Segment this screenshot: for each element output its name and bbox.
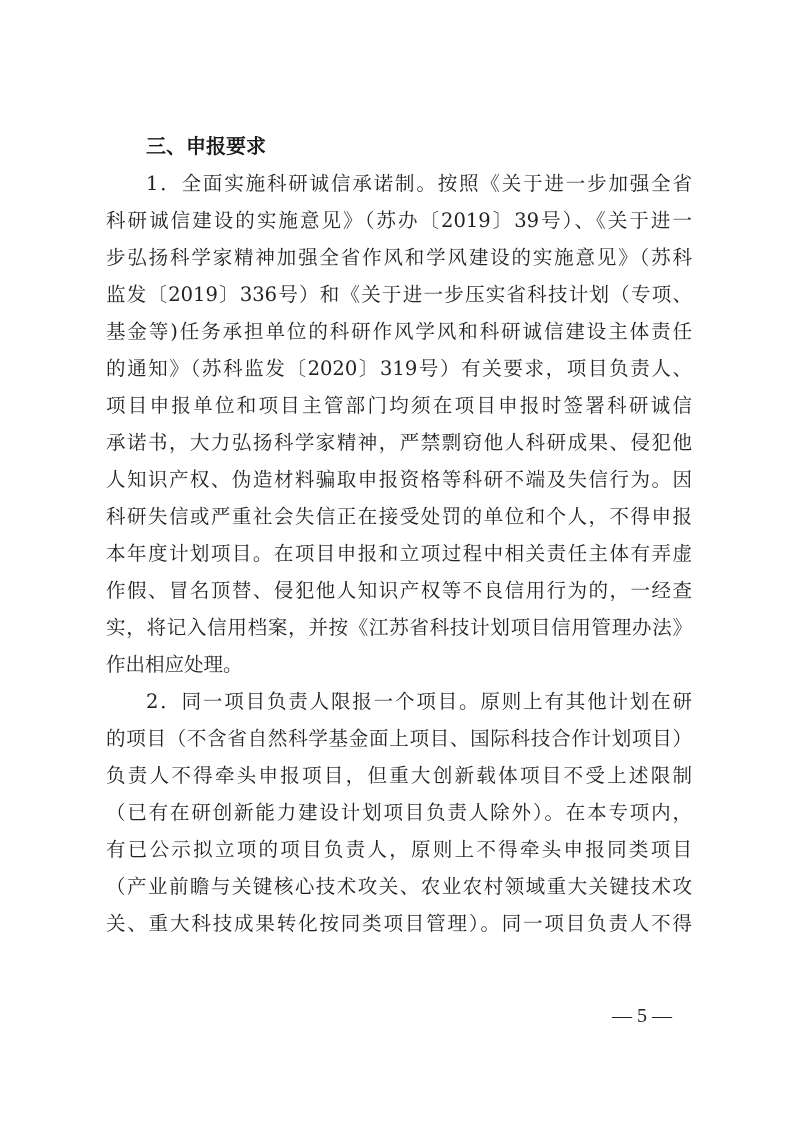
text-line: 承诺书，大力弘扬科学家精神，严禁剽窃他人科研成果、侵犯他 bbox=[106, 424, 692, 461]
text-line: 科研失信或严重社会失信正在接受处罚的单位和个人，不得申报 bbox=[106, 498, 692, 535]
text-line: 负责人不得牵头申报项目，但重大创新载体项目不受上述限制 bbox=[106, 757, 692, 794]
text-line: 2．同一项目负责人限报一个项目。原则上有其他计划在研 bbox=[106, 683, 692, 720]
text-line: 1．全面实施科研诚信承诺制。按照《关于进一步加强全省 bbox=[106, 165, 692, 202]
text-line: 科研诚信建设的实施意见》（苏办〔2019〕39号）、《关于进一 bbox=[106, 202, 692, 239]
text-line: 项目申报单位和项目主管部门均须在项目申报时签署科研诚信 bbox=[106, 387, 692, 424]
text-line: 人知识产权、伪造材料骗取申报资格等科研不端及失信行为。因 bbox=[106, 461, 692, 498]
paragraph-2: 2．同一项目负责人限报一个项目。原则上有其他计划在研 的项目（不含省自然科学基金… bbox=[106, 683, 692, 942]
text-line: 基金等)任务承担单位的科研作风学风和科研诚信建设主体责任 bbox=[106, 313, 692, 350]
text-line: 的通知》（苏科监发〔2020〕319号）有关要求，项目负责人、 bbox=[106, 350, 692, 387]
paragraph-1: 1．全面实施科研诚信承诺制。按照《关于进一步加强全省 科研诚信建设的实施意见》（… bbox=[106, 165, 692, 683]
text-line: （已有在研创新能力建设计划项目负责人除外）。在本专项内， bbox=[106, 794, 692, 831]
text-line: 作出相应处理。 bbox=[106, 646, 692, 683]
text-line: 的项目（不含省自然科学基金面上项目、国际科技合作计划项目） bbox=[106, 720, 692, 757]
text-line: 实，将记入信用档案，并按《江苏省科技计划项目信用管理办法》 bbox=[106, 609, 692, 646]
text-line: 监发〔2019〕336号）和《关于进一步压实省科技计划（专项、 bbox=[106, 276, 692, 313]
section-heading: 三、申报要求 bbox=[106, 128, 692, 165]
text-line: （产业前瞻与关键核心技术攻关、农业农村领域重大关键技术攻 bbox=[106, 868, 692, 905]
document-page: 三、申报要求 1．全面实施科研诚信承诺制。按照《关于进一步加强全省 科研诚信建设… bbox=[106, 128, 692, 942]
text-line: 本年度计划项目。在项目申报和立项过程中相关责任主体有弄虚 bbox=[106, 535, 692, 572]
page-number: — 5 — bbox=[612, 1005, 672, 1028]
text-line: 步弘扬科学家精神加强全省作风和学风建设的实施意见》（苏科 bbox=[106, 239, 692, 276]
text-line: 关、重大科技成果转化按同类项目管理）。同一项目负责人不得 bbox=[106, 905, 692, 942]
text-line: 作假、冒名顶替、侵犯他人知识产权等不良信用行为的，一经查 bbox=[106, 572, 692, 609]
text-line: 有已公示拟立项的项目负责人，原则上不得牵头申报同类项目 bbox=[106, 831, 692, 868]
